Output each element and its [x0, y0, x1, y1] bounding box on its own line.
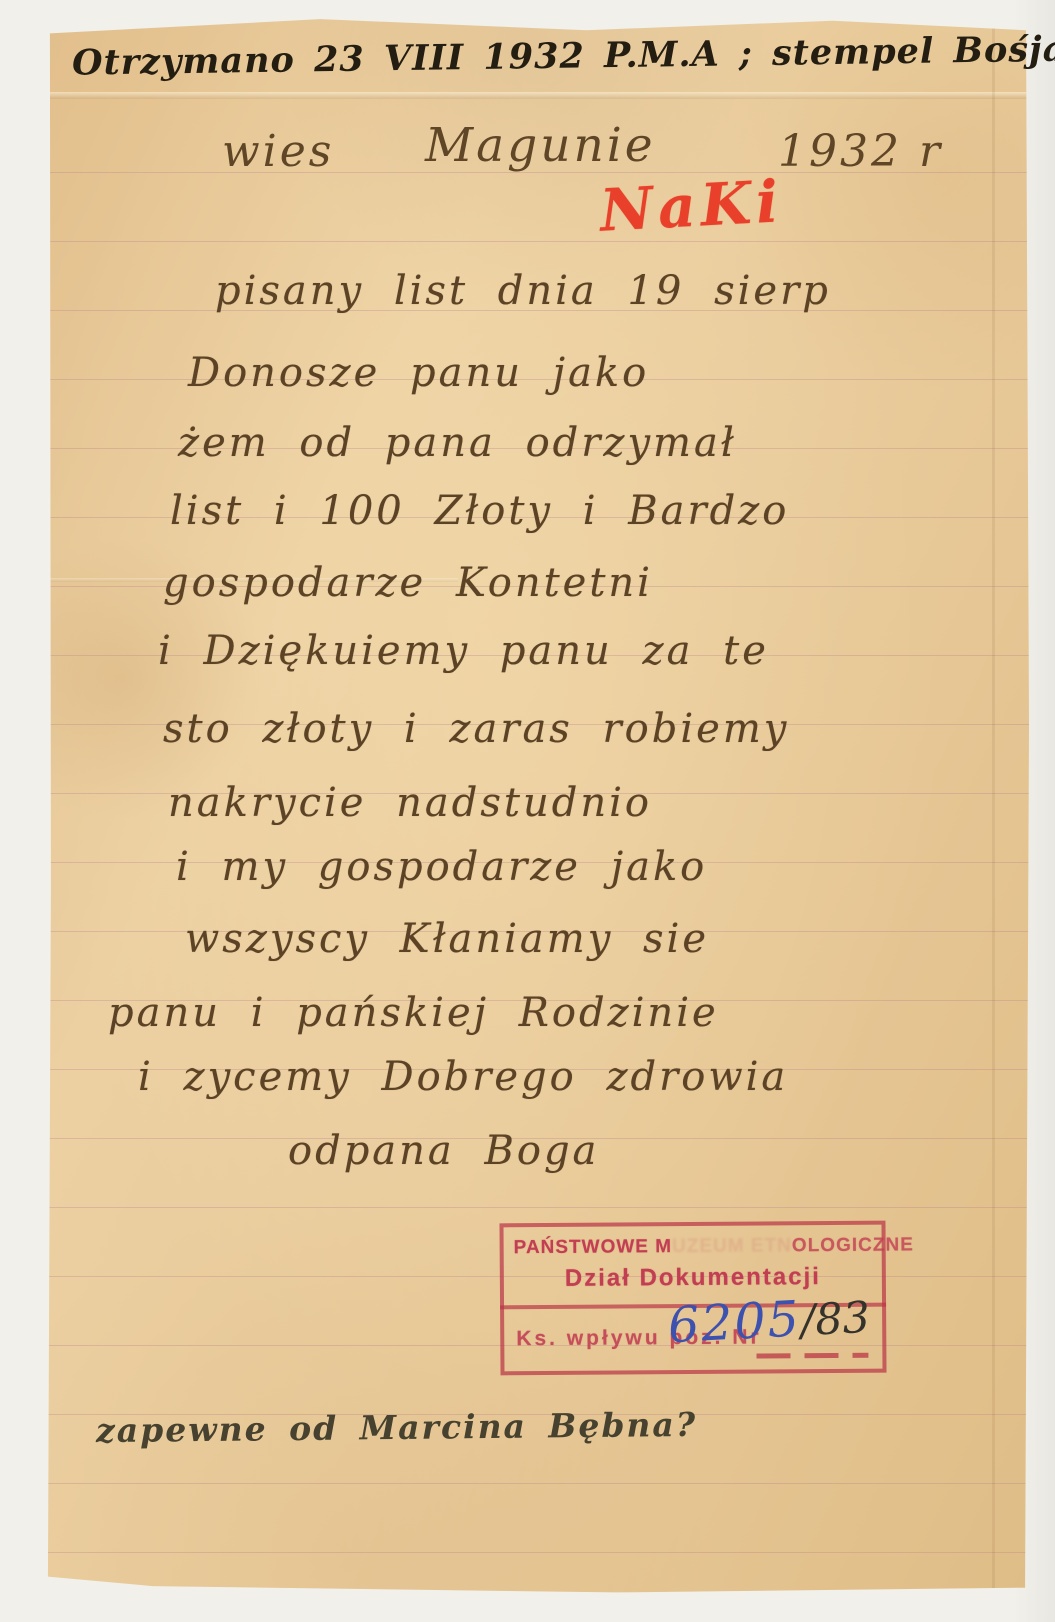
letter-line: list i 100 Złoty i Bardzo: [170, 488, 789, 534]
stamp-institution-line: PAŃSTWOWE MUZEUM ETNOLOGICZNE: [514, 1235, 874, 1260]
scanned-letter-page: Otrzymano 23 VIII 1932 P.M.A ; stempel B…: [0, 0, 1055, 1622]
stamp-registry-underline: [756, 1353, 868, 1359]
registry-number-suffix: /83: [799, 1293, 871, 1347]
red-crayon-annotation: NaKi: [598, 167, 784, 244]
header-place-prefix: wies: [222, 126, 334, 177]
header-place-name: Magunie: [425, 118, 656, 173]
archival-note-bottom: zapewne od Marcina Bębna?: [96, 1405, 698, 1450]
letter-line: i my gospodarze jako: [176, 844, 707, 890]
letter-line: gospodarze Kontetni: [163, 560, 653, 606]
letter-line: żem od pana odrzymał: [178, 420, 737, 466]
stamp-institution-faded: UZEUM ETN: [672, 1235, 792, 1257]
letter-line: i zycemy Dobrego zdrowia: [138, 1054, 788, 1100]
letter-line: nakrycie nadstudnio: [168, 780, 652, 826]
letter-line: odpana Boga: [288, 1128, 599, 1174]
stamp-institution-start: PAŃSTWOWE M: [514, 1236, 673, 1258]
handwritten-registry-number: 6205/83: [667, 1287, 872, 1354]
registry-number-blue: 6205: [667, 1290, 803, 1354]
header-year: 1932 r: [778, 126, 943, 177]
letter-line: i Dziękuiemy panu za te: [158, 628, 769, 674]
paper-crease-top: [44, 92, 1030, 99]
stamp-institution-end: OLOGICZNE: [792, 1234, 914, 1256]
letter-line: panu i pańskiej Rodzinie: [108, 990, 719, 1036]
letter-line: pisany list dnia 19 sierp: [215, 268, 831, 314]
letter-line: sto złoty i zaras robiemy: [163, 706, 789, 752]
letter-line: wszyscy Kłaniamy sie: [185, 916, 709, 962]
paper-crease-right: [992, 16, 995, 1594]
letter-line: Donosze panu jako: [188, 350, 649, 396]
